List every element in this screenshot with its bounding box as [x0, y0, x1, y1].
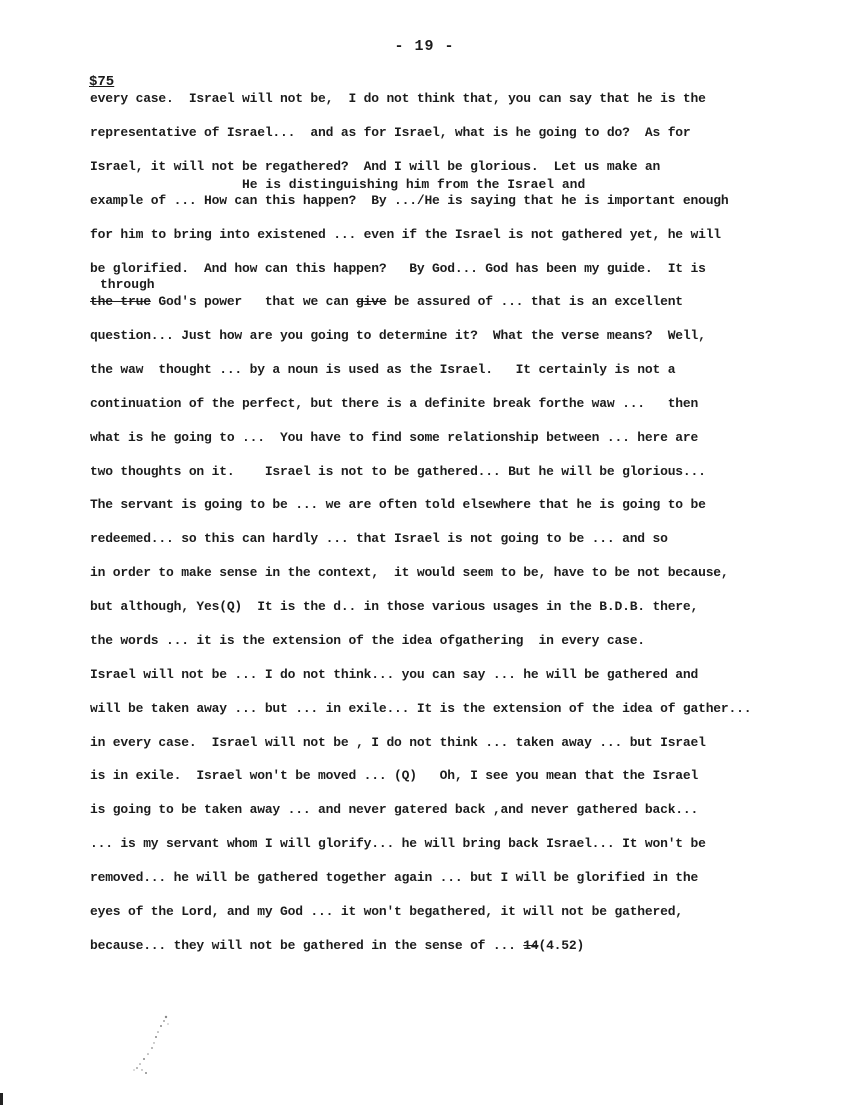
text-line: redeemed... so this can hardly ... that … [90, 531, 668, 546]
interlinear-insertion: through [100, 277, 155, 292]
text-line: what is he going to ... You have to find… [90, 430, 698, 445]
text-line: every case. Israel will not be, I do not… [90, 91, 706, 106]
text-line: but although, Yes(Q) It is the d.. in th… [90, 599, 698, 614]
text-line: removed... he will be gathered together … [90, 870, 698, 885]
text-segment: because... they will not be gathered in … [90, 938, 523, 953]
page-number: - 19 - [0, 38, 849, 55]
text-line: eyes of the Lord, and my God ... it won'… [90, 904, 683, 919]
text-segment: be assured of ... that is an excellent [386, 294, 682, 309]
text-line: continuation of the perfect, but there i… [90, 396, 698, 411]
section-marker: $75 [89, 74, 114, 90]
text-line: Israel will not be ... I do not think...… [90, 667, 698, 682]
text-line: The servant is going to be ... we are of… [90, 497, 706, 512]
document-page: - 19 - $75 every case. Israel will not b… [0, 0, 849, 1105]
struck-text: the true [90, 294, 151, 309]
text-line: is going to be taken away ... and never … [90, 802, 698, 817]
text-line: example of ... How can this happen? By .… [90, 193, 729, 208]
text-line: in every case. Israel will not be , I do… [90, 735, 706, 750]
scan-smudge [128, 1012, 178, 1082]
scan-edge-mark [0, 1093, 3, 1105]
text-line: ... is my servant whom I will glorify...… [90, 836, 706, 851]
text-line: for him to bring into existened ... even… [90, 227, 721, 242]
text-line: in order to make sense in the context, i… [90, 565, 729, 580]
text-line-final: because... they will not be gathered in … [90, 938, 584, 953]
text-line: be glorified. And how can this happen? B… [90, 261, 706, 276]
text-line: Israel, it will not be regathered? And I… [90, 159, 660, 174]
interlinear-insertion: He is distinguishing him from the Israel… [242, 177, 585, 192]
text-line: the words ... it is the extension of the… [90, 633, 645, 648]
text-line: question... Just how are you going to de… [90, 328, 706, 343]
text-line: is in exile. Israel won't be moved ... (… [90, 768, 698, 783]
timestamp-annotation: (4.52) [538, 938, 584, 953]
struck-text: 14 [523, 938, 538, 953]
text-line: two thoughts on it. Israel is not to be … [90, 464, 706, 479]
struck-text: give [356, 294, 386, 309]
text-line-with-strikethrough: the true God's power that we can give be… [90, 294, 683, 309]
text-segment: God's power that we can [151, 294, 356, 309]
text-line: will be taken away ... but ... in exile.… [90, 701, 751, 716]
text-line: representative of Israel... and as for I… [90, 125, 691, 140]
text-line: the waw thought ... by a noun is used as… [90, 362, 675, 377]
